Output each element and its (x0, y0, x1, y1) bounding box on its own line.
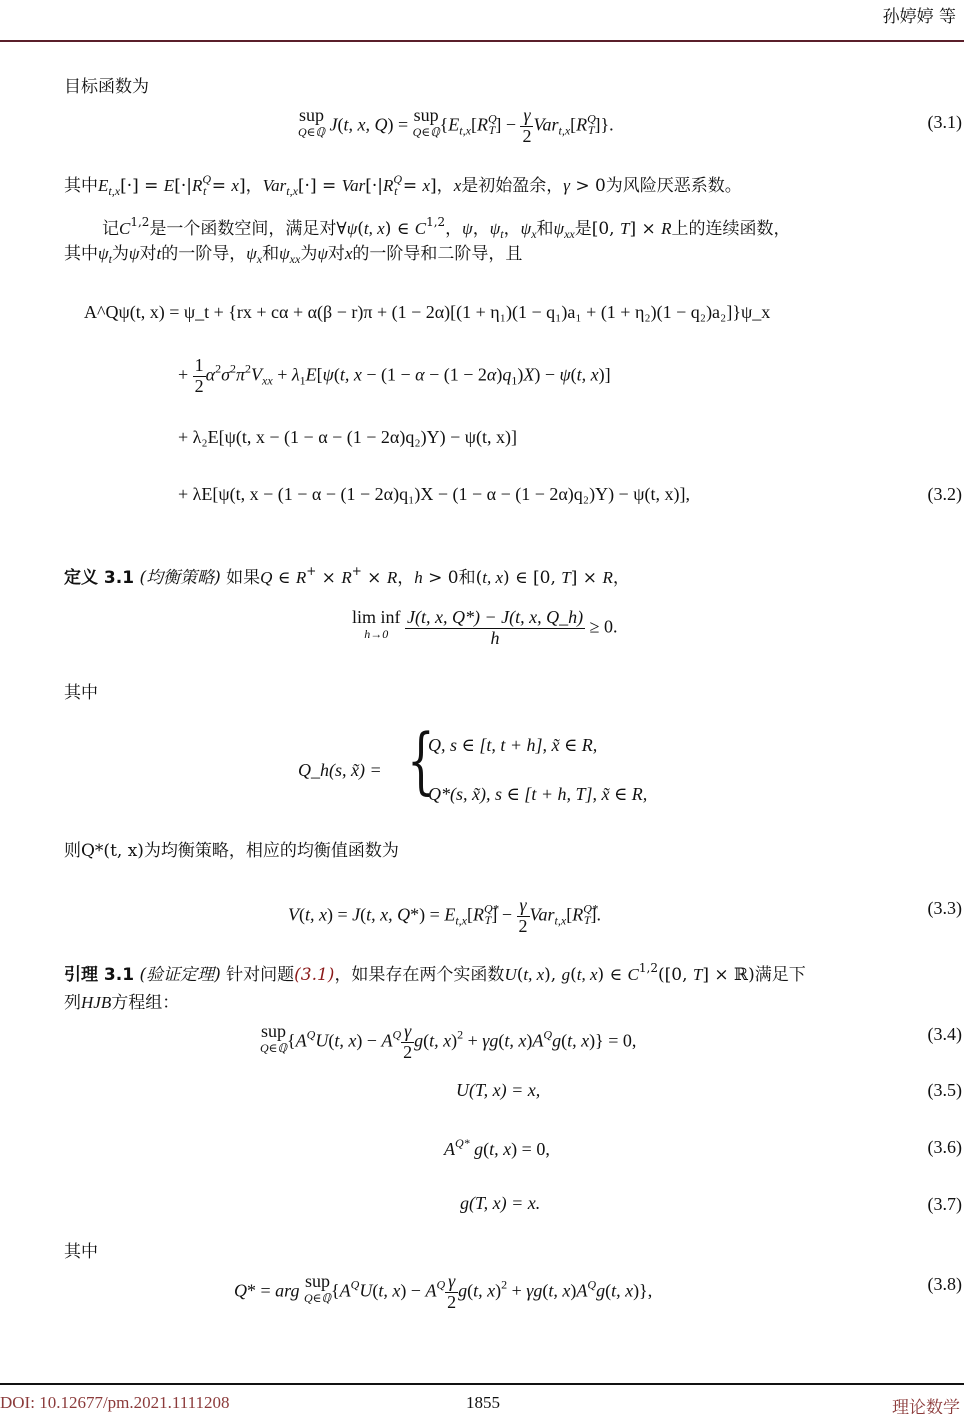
paragraph-objective-intro: 目标函数为 (64, 76, 149, 98)
header-rule (0, 40, 964, 42)
paragraph-where-2: 其中 (64, 1241, 98, 1263)
equation-3-3: V(t, x) = J(t, x, Q*) = Et,x[RQ*T] − γ2V… (288, 896, 601, 937)
definition-title: (均衡策略) (139, 568, 220, 588)
equation-3-5: U(T, x) = x, (456, 1080, 540, 1101)
lemma-title: (验证定理) (139, 965, 220, 985)
equation-number-3-7: (3.7) (928, 1194, 963, 1215)
equation-number-3-1: (3.1) (928, 112, 963, 133)
paragraph-function-space-line2: 其中ψt为ψ对t的一阶导，ψx和ψxx为ψ对x的一阶导和二阶导，且 (64, 243, 522, 270)
equation-3-6: AQ* g(t, x) = 0, (444, 1136, 550, 1160)
equation-3-2-line3: + λ₂E[ψ(t, x − (1 − α − (1 − 2α)q₂)Y) − … (178, 427, 517, 448)
equation-3-8: Q* = arg supQ∈ℚ{AQU(t, x) − AQγ2g(t, x)2… (234, 1272, 652, 1313)
footer-journal-name: 理论数学 (892, 1393, 960, 1414)
equation-3-1: supQ∈ℚ J(t, x, Q) = supQ∈ℚ{Et,x[RQT] − γ… (298, 106, 614, 147)
equation-number-3-2: (3.2) (928, 484, 963, 505)
running-header-author: 孙婷婷 等 (883, 2, 956, 27)
lemma-label: 引理 3.1 (64, 965, 134, 985)
paragraph-equilibrium: 则Q*(t, x)为均衡策略，相应的均衡值函数为 (64, 840, 399, 862)
definition-3-1: 定义 3.1 (均衡策略) 如果Q ∈ R+ × R+ × R，h > 0和(t… (64, 560, 630, 589)
equation-3-4: supQ∈ℚ{AQU(t, x) − AQγ2g(t, x)2 + γg(t, … (260, 1022, 636, 1063)
equation-number-3-3: (3.3) (928, 898, 963, 919)
equation-ref-3-1[interactable]: (3.1) (294, 965, 334, 985)
footer-page-number: 1855 (466, 1393, 500, 1413)
equation-3-2-line2: + 12α2σ2π2Vxx + λ1E[ψ(t, x − (1 − α − (1… (178, 356, 611, 397)
equation-number-3-4: (3.4) (928, 1024, 963, 1045)
equation-liminf: lim infh→0 J(t, x, Q*) − J(t, x, Q_h)h ≥… (352, 608, 617, 649)
case-2: Q*(s, x̃), s ∈ [t + h, T], x̃ ∈ R, (428, 784, 647, 805)
equation-3-7: g(T, x) = x. (460, 1193, 540, 1214)
equation-number-3-8: (3.8) (928, 1274, 963, 1295)
paragraph-where-1: 其中 (64, 682, 98, 704)
cases-lhs: Q_h(s, x̃) = (298, 760, 382, 781)
footer-rule (0, 1383, 964, 1385)
equation-number-3-5: (3.5) (928, 1080, 963, 1101)
lemma-3-1-line2: 列HJB方程组： (64, 992, 179, 1014)
paragraph-function-space-line1: 记C1,2是一个函数空间，满足对∀ψ(t, x) ∈ C1,2，ψ，ψt，ψx和… (102, 211, 791, 245)
equation-number-3-6: (3.6) (928, 1137, 963, 1158)
equation-3-2-line4: + λE[ψ(t, x − (1 − α − (1 − 2α)q₁)X − (1… (178, 484, 690, 505)
footer-doi-link[interactable]: DOI: 10.12677/pm.2021.1111208 (0, 1393, 230, 1413)
paragraph-definitions: 其中Et,x[·] = E[·|RQt = x]，Vart,x[·] = Var… (64, 168, 742, 202)
case-1: Q, s ∈ [t, t + h], x̃ ∈ R, (428, 735, 597, 756)
definition-label: 定义 3.1 (64, 568, 134, 588)
equation-3-2-line1: A^Qψ(t, x) = ψ_t + {rx + cα + α(β − r)π … (84, 302, 770, 323)
lemma-3-1-line1: 引理 3.1 (验证定理) 针对问题(3.1)，如果存在两个实函数U(t, x)… (64, 957, 806, 986)
